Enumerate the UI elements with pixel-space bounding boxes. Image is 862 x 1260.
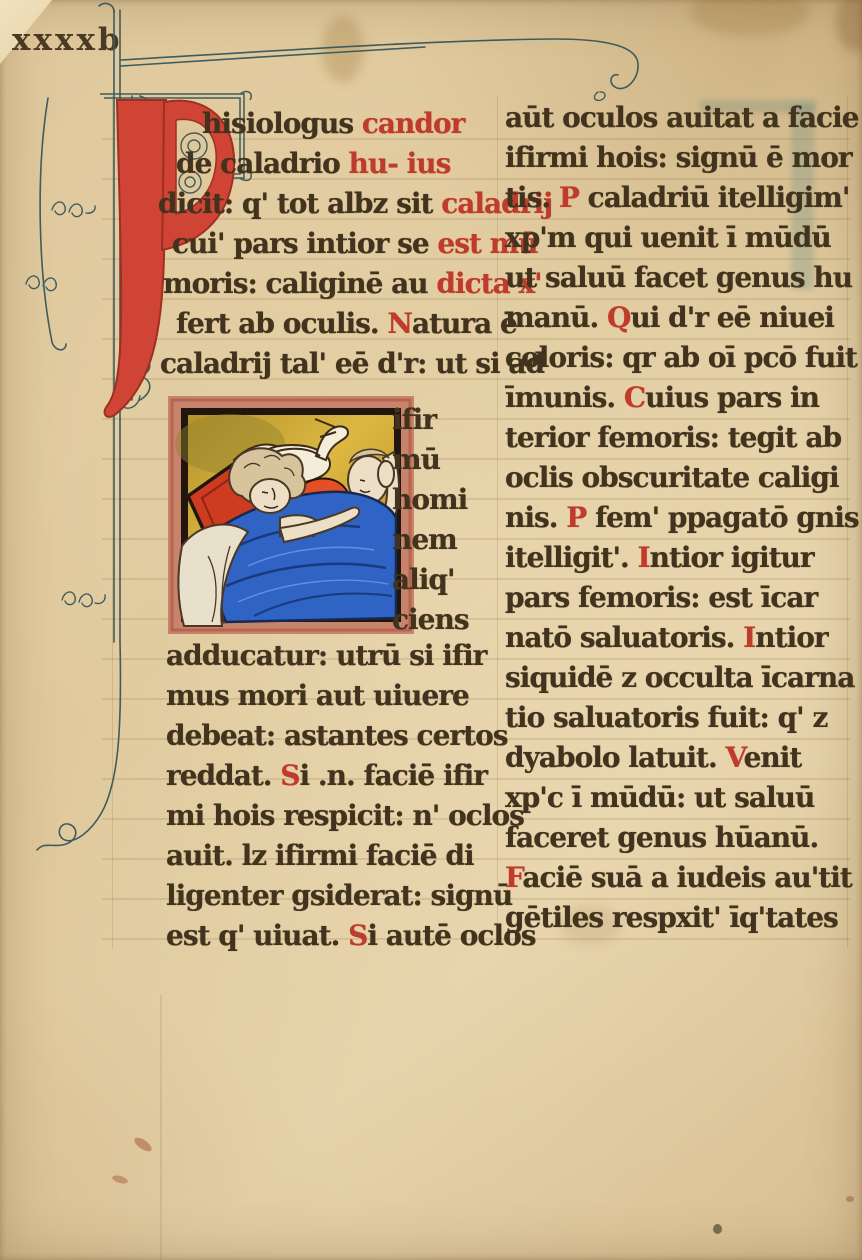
miniature-caladrius bbox=[168, 396, 414, 634]
corner-stain bbox=[690, 0, 810, 36]
parchment-crease bbox=[160, 995, 162, 1260]
right-column-text: aūt oculos auitat a facieifirmi hois: si… bbox=[505, 98, 859, 938]
text-line: caladrij tal' eē d'r: ut si ad bbox=[160, 344, 552, 384]
text-line: nis. P fem' ppagatō gnis bbox=[505, 498, 859, 538]
red-speck bbox=[132, 1135, 154, 1154]
text-line: est q' uiuat. Si autē oclos bbox=[166, 916, 536, 956]
edge-stain bbox=[836, 0, 862, 52]
left-column-upper-text: hisiologus candorde caladrio hu- iusdici… bbox=[118, 104, 552, 384]
text-line: xp'm qui uenit ī mūdū bbox=[505, 218, 859, 258]
text-line: moris: caliginē au dicta x' bbox=[163, 264, 552, 304]
text-line: homi bbox=[392, 480, 469, 520]
red-speck bbox=[111, 1174, 128, 1185]
text-line: nem bbox=[392, 520, 469, 560]
text-line: reddat. Si .n. faciē ifir bbox=[166, 756, 536, 796]
text-line: īmunis. Cuius pars in bbox=[505, 378, 859, 418]
ink-stain bbox=[322, 16, 364, 82]
text-line: debeat: astantes certos bbox=[166, 716, 536, 756]
text-line: Faciē suā a iudeis au'tit bbox=[505, 858, 859, 898]
dark-speck bbox=[713, 1224, 722, 1234]
text-line: natō saluatoris. Intior bbox=[505, 618, 859, 658]
text-line: dicit: q' tot albz sit caladrij bbox=[158, 184, 552, 224]
text-line: fert ab oculis. Natura ē bbox=[176, 304, 552, 344]
text-line: oclis obscuritate caligi bbox=[505, 458, 859, 498]
text-line: cui' pars intior se est mū bbox=[172, 224, 552, 264]
text-line: ifir bbox=[392, 400, 469, 440]
text-line: mi hois respicit: n' oclos bbox=[166, 796, 536, 836]
text-line: dyabolo latuit. Venit bbox=[505, 738, 859, 778]
left-column-lower-text: adducatur: utrū si ifirmus mori aut uiue… bbox=[118, 636, 536, 956]
text-line: coloris: qr ab oī pcō fuit bbox=[505, 338, 859, 378]
text-line: auit. lz ifirmi faciē di bbox=[166, 836, 536, 876]
text-line: terior femoris: tegit ab bbox=[505, 418, 859, 458]
text-line: siquidē z occulta īcarna bbox=[505, 658, 859, 698]
text-line: adducatur: utrū si ifir bbox=[166, 636, 536, 676]
text-line: hisiologus candor bbox=[202, 104, 552, 144]
miniature-graphic bbox=[168, 396, 414, 634]
folio-number: xxxxb bbox=[12, 22, 123, 58]
text-line: tio saluatoris fuit: q' z bbox=[505, 698, 859, 738]
text-line: de caladrio hu- ius bbox=[176, 144, 552, 184]
text-line: ligenter gsiderat: signū bbox=[166, 876, 536, 916]
text-line: tis. P caladriū itelligim' bbox=[505, 178, 859, 218]
miniature-side-words: ifirmūhominemaliq'ciens bbox=[392, 400, 469, 640]
text-line: gētiles respxit' īq'tates bbox=[505, 898, 859, 938]
red-speck bbox=[846, 1196, 854, 1202]
text-line: mus mori aut uiuere bbox=[166, 676, 536, 716]
text-line: ifirmi hois: signū ē mor bbox=[505, 138, 859, 178]
text-line: itelligit'. Intior igitur bbox=[505, 538, 859, 578]
text-line: aliq' bbox=[392, 560, 469, 600]
text-line: manū. Qui d'r eē niuei bbox=[505, 298, 859, 338]
manuscript-page: xxxxb bbox=[0, 0, 862, 1260]
text-line: faceret genus hūanū. bbox=[505, 818, 859, 858]
text-line: ut saluū facet genus hu bbox=[505, 258, 859, 298]
text-line: pars femoris: est īcar bbox=[505, 578, 859, 618]
text-line: xp'c ī mūdū: ut saluū bbox=[505, 778, 859, 818]
text-line: ciens bbox=[392, 600, 469, 640]
text-line: aūt oculos auitat a facie bbox=[505, 98, 859, 138]
text-line: mū bbox=[392, 440, 469, 480]
